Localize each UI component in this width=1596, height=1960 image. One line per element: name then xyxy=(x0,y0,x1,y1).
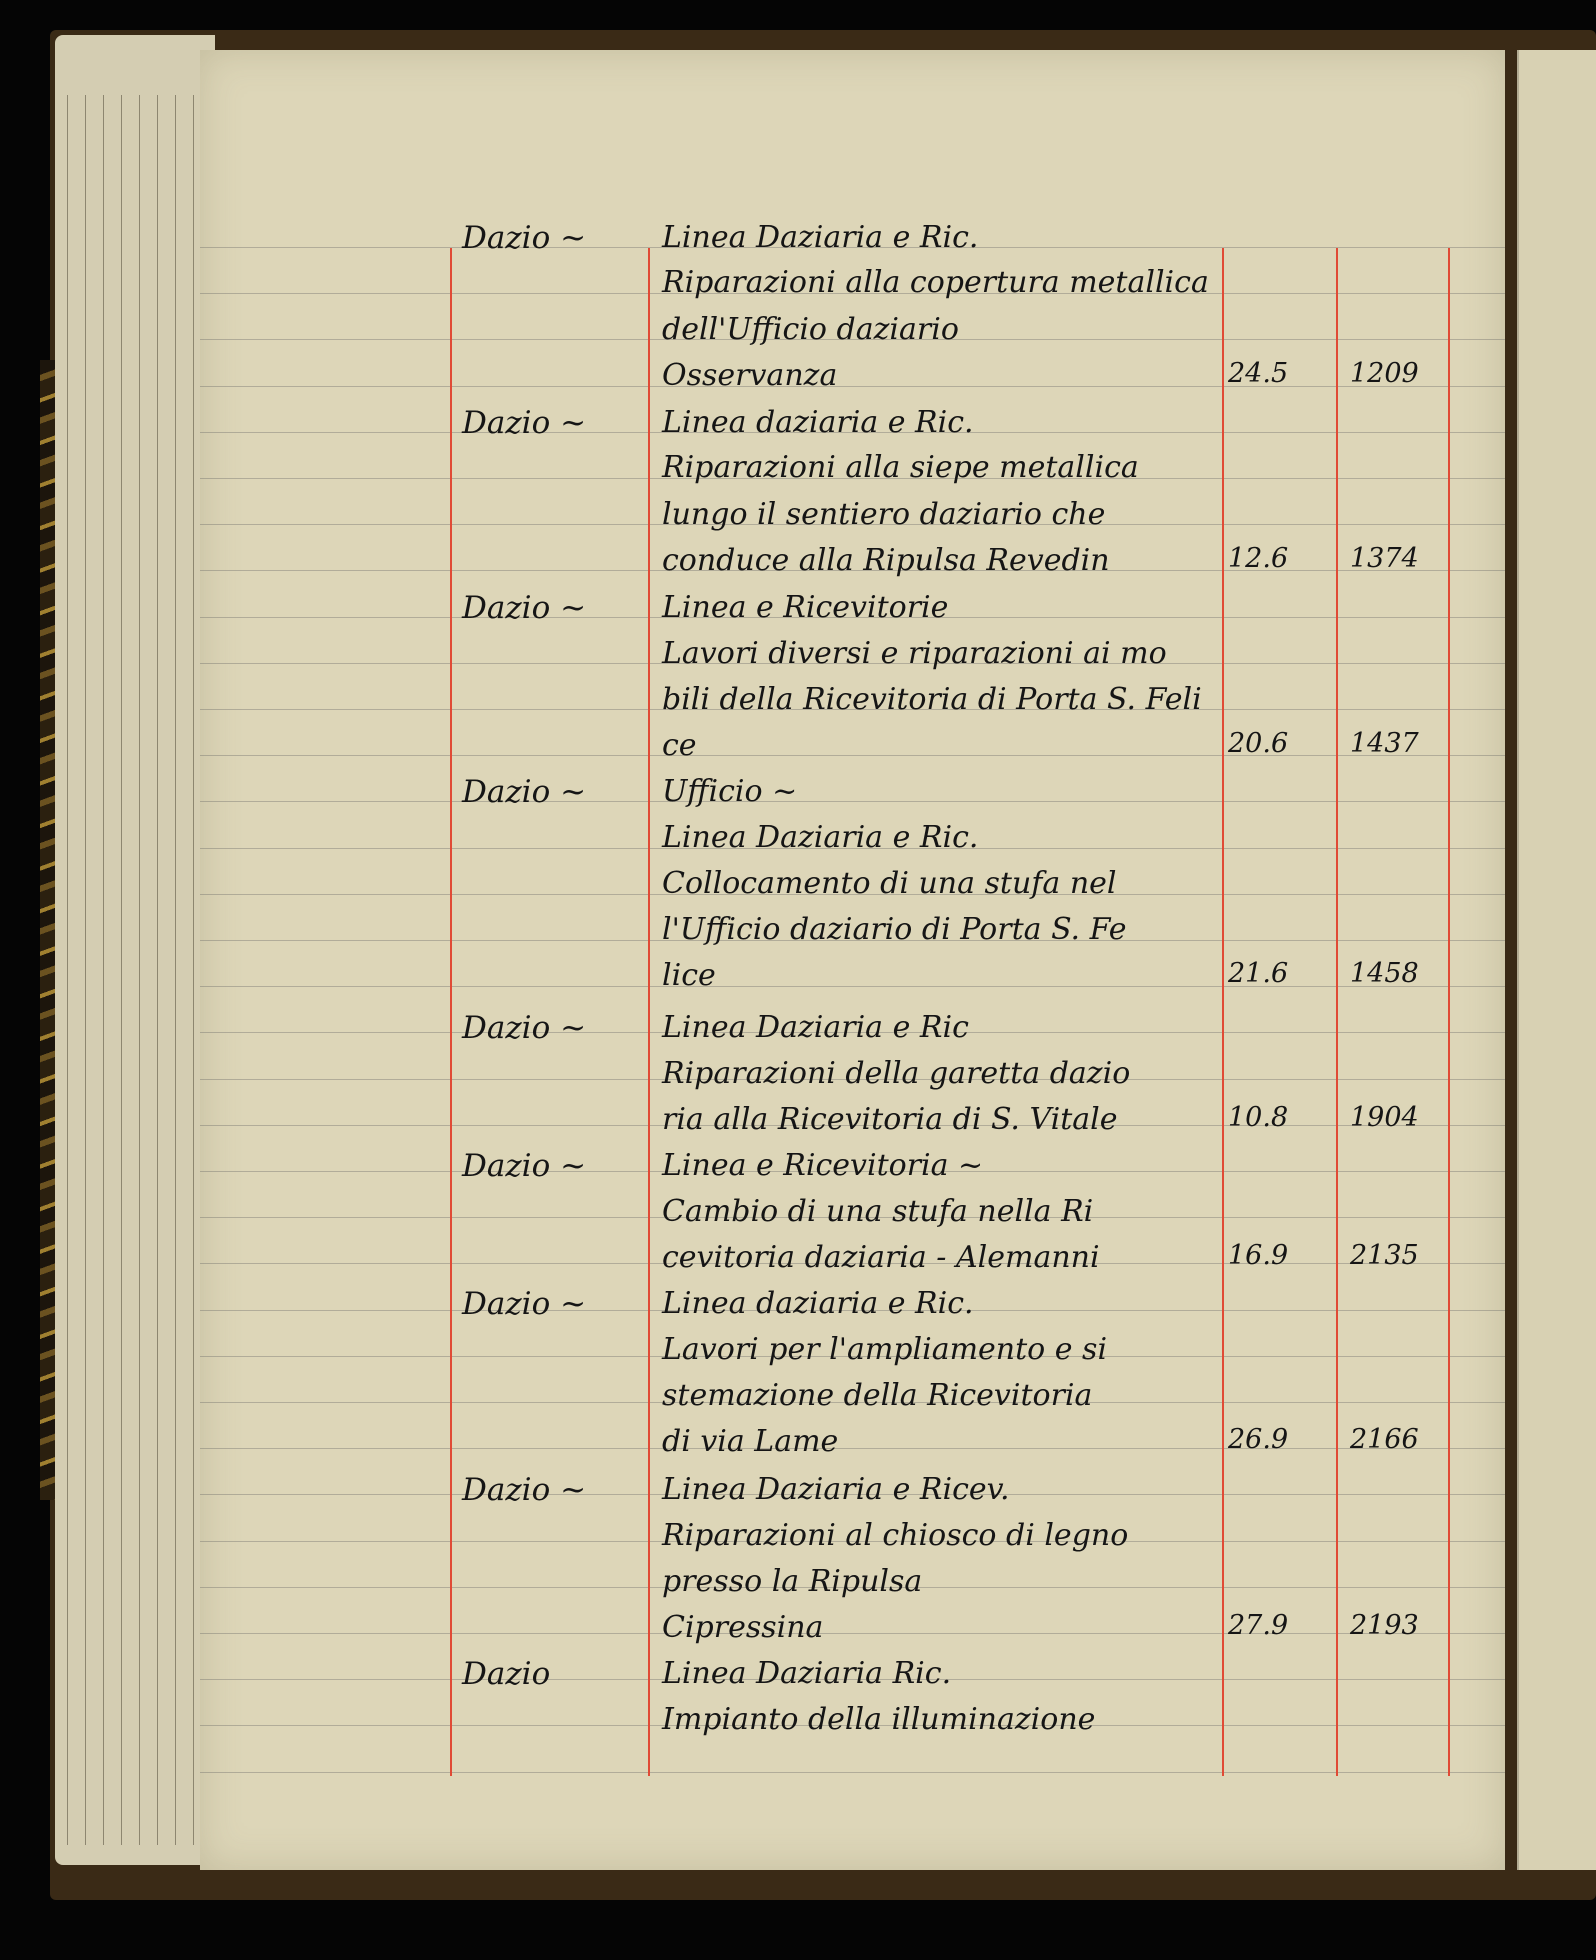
entry-line: l'Ufficio daziario di Porta S. Fe xyxy=(662,912,1127,947)
entry-line: Linea daziaria e Ric. xyxy=(662,405,974,440)
entry-line: Linea Daziaria e Ric. xyxy=(662,820,978,855)
entry-line: Linea Daziaria e Ric. xyxy=(662,220,978,255)
page-edge xyxy=(157,95,158,1845)
entry-date: 20.6 xyxy=(1228,728,1288,759)
entry-line: Riparazioni alla siepe metallica xyxy=(662,450,1139,485)
entry-line: Impianto della illuminazione xyxy=(662,1702,1095,1737)
ruled-line xyxy=(200,1448,1505,1449)
entry-line: Collocamento di una stufa nel xyxy=(662,866,1117,901)
entry-line: conduce alla Ripulsa Revedin xyxy=(662,543,1110,578)
margin-rule-category xyxy=(450,248,452,1776)
ledger-page: Dazio ~ Linea Daziaria e Ric. Riparazion… xyxy=(200,50,1505,1870)
ruled-line xyxy=(200,986,1505,987)
entry-line: dell'Ufficio daziario xyxy=(662,312,959,347)
entry-number: 1458 xyxy=(1350,958,1419,989)
page-edge xyxy=(103,95,104,1845)
entry-number: 1904 xyxy=(1350,1102,1419,1133)
page-edge xyxy=(85,95,86,1845)
entry-line: Lavori diversi e riparazioni ai mo xyxy=(662,636,1167,671)
entry-line: Lavori per l'ampliamento e si xyxy=(662,1332,1107,1367)
entry-line: presso la Ripulsa xyxy=(662,1564,922,1599)
entry-category: Dazio ~ xyxy=(462,405,586,441)
entry-category: Dazio ~ xyxy=(462,1148,586,1184)
entry-number: 1437 xyxy=(1350,728,1419,759)
entry-number: 2135 xyxy=(1350,1240,1419,1271)
entry-date: 24.5 xyxy=(1228,358,1288,389)
ruled-line xyxy=(200,1772,1505,1773)
entry-category: Dazio ~ xyxy=(462,1286,586,1322)
entry-line: Linea Daziaria Ric. xyxy=(662,1656,951,1691)
ruled-line xyxy=(200,755,1505,756)
entry-date: 26.9 xyxy=(1228,1424,1288,1455)
entry-line: ria alla Ricevitoria di S. Vitale xyxy=(662,1102,1118,1137)
entry-category: Dazio ~ xyxy=(462,220,586,256)
entry-line: Linea daziaria e Ric. xyxy=(662,1286,974,1321)
margin-rule-description xyxy=(648,248,650,1776)
entry-line: Linea Daziaria e Ric xyxy=(662,1010,969,1045)
entry-date: 27.9 xyxy=(1228,1610,1288,1641)
entry-line: Linea Daziaria e Ricev. xyxy=(662,1472,1010,1507)
facing-page-edge xyxy=(1517,50,1596,1870)
entry-line: Riparazioni della garetta dazio xyxy=(662,1056,1130,1091)
entry-category: Dazio ~ xyxy=(462,590,586,626)
entry-date: 12.6 xyxy=(1228,543,1288,574)
entry-line: bili della Ricevitoria di Porta S. Feli xyxy=(662,682,1202,717)
entry-line: Ufficio ~ xyxy=(662,774,797,809)
ruled-line xyxy=(200,801,1505,802)
entry-number: 1374 xyxy=(1350,543,1419,574)
page-edge xyxy=(175,95,176,1845)
entry-line: Linea e Ricevitorie xyxy=(662,590,948,625)
entry-line: Cambio di una stufa nella Ri xyxy=(662,1194,1093,1229)
entry-category: Dazio ~ xyxy=(462,774,586,810)
margin-rule-number xyxy=(1336,248,1338,1776)
entry-number: 2166 xyxy=(1350,1424,1419,1455)
entry-line: stemazione della Ricevitoria xyxy=(662,1378,1092,1413)
entry-category: Dazio ~ xyxy=(462,1472,586,1508)
entry-line: cevitoria daziaria - Alemanni xyxy=(662,1240,1100,1275)
entry-line: Riparazioni al chiosco di legno xyxy=(662,1518,1128,1553)
page-edge xyxy=(139,95,140,1845)
entry-line: Cipressina xyxy=(662,1610,823,1645)
margin-rule-right xyxy=(1448,248,1450,1776)
entry-line: di via Lame xyxy=(662,1424,838,1459)
entry-number: 1209 xyxy=(1350,358,1419,389)
entry-line: lungo il sentiero daziario che xyxy=(662,497,1105,532)
page-edge xyxy=(67,95,68,1845)
entry-date: 16.9 xyxy=(1228,1240,1288,1271)
page-stack-left xyxy=(55,35,215,1865)
ruled-line xyxy=(200,1633,1505,1634)
page-edge xyxy=(121,95,122,1845)
margin-rule-date xyxy=(1222,248,1224,1776)
entry-date: 10.8 xyxy=(1228,1102,1288,1133)
entry-line: Osservanza xyxy=(662,358,837,393)
entry-line: Riparazioni alla copertura metallica xyxy=(662,265,1209,300)
page-edge xyxy=(193,95,194,1845)
entry-date: 21.6 xyxy=(1228,958,1288,989)
ruled-line xyxy=(200,386,1505,387)
entry-number: 2193 xyxy=(1350,1610,1419,1641)
entry-category: Dazio ~ xyxy=(462,1010,586,1046)
entry-category: Dazio xyxy=(462,1656,550,1692)
entry-line: ce xyxy=(662,728,697,763)
entry-line: Linea e Ricevitoria ~ xyxy=(662,1148,983,1183)
entry-line: lice xyxy=(662,958,716,993)
